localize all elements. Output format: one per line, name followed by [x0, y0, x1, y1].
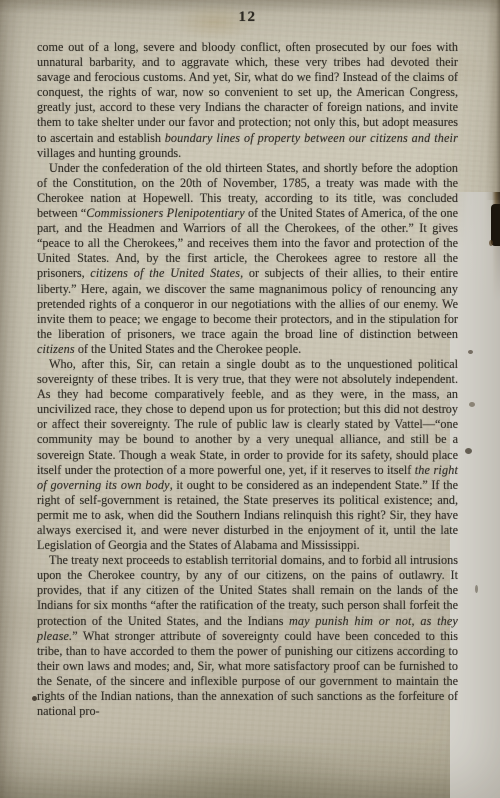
text-segment: villages and hunting grounds. — [37, 146, 181, 160]
italic-text-segment: citizens — [37, 342, 75, 356]
ink-speck — [469, 402, 475, 407]
ink-speck — [468, 350, 473, 354]
paragraph: Who, after this, Sir, can retain a singl… — [37, 357, 458, 553]
paragraph: come out of a long, severe and bloody co… — [37, 40, 458, 161]
text-segment: of the United States and the Cherokee pe… — [75, 342, 301, 356]
page-edge-shadow — [486, 0, 500, 200]
text-segment: Who, after this, Sir, can retain a singl… — [37, 357, 458, 477]
ink-speck — [489, 240, 493, 246]
ink-speck — [475, 585, 478, 593]
text-segment: ” What stronger attribute of sovereignty… — [37, 629, 458, 718]
italic-text-segment: boundary lines of property between our c… — [165, 131, 458, 145]
italic-text-segment: citizens of the United States, — [90, 266, 243, 280]
paragraph: Under the confederation of the old thirt… — [37, 161, 458, 357]
ink-speck — [465, 448, 472, 454]
paragraph: The treaty next proceeds to establish te… — [37, 553, 458, 719]
binding-mark — [491, 204, 500, 246]
page-number: 12 — [37, 9, 458, 26]
text-column: come out of a long, severe and bloody co… — [37, 40, 458, 719]
italic-text-segment: Commissioners Plenipotentiary — [86, 206, 245, 220]
text-segment: come out of a long, severe and bloody co… — [37, 40, 458, 145]
